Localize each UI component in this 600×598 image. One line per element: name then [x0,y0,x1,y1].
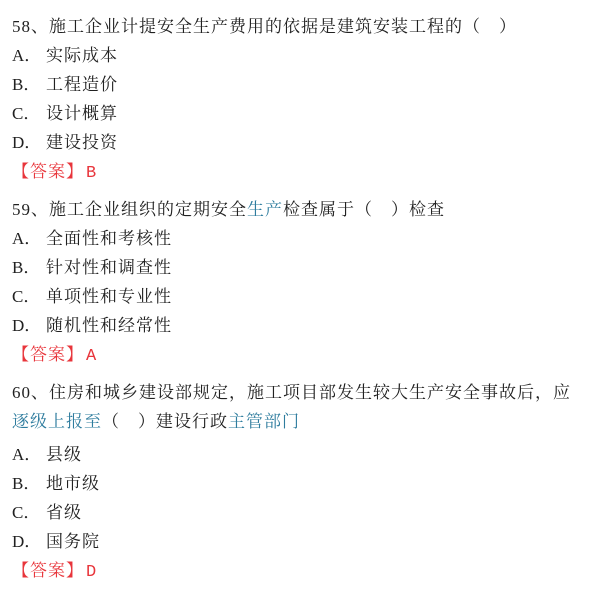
question-number: 59、 [12,200,49,219]
question-58-option-b: B．工程造价 [12,70,586,99]
answer-value: D [84,563,97,582]
question-58-option-d: D．建设投资 [12,128,586,157]
option-text: 针对性和调查性 [46,258,172,277]
stem-highlight-text: 逐级上报至 [12,412,102,431]
question-number: 58、 [12,17,49,36]
option-label: B． [12,70,46,99]
question-block-58: 58、施工企业计提安全生产费用的依据是建筑安装工程的（ ） A．实际成本 B．工… [12,12,586,188]
option-label: A． [12,41,46,70]
question-59-answer-line: 【答案】A [12,340,586,371]
answer-value: A [84,347,97,366]
option-label: C． [12,498,46,527]
question-60-stem: 60、住房和城乡建设部规定，施工项目部发生较大生产安全事故后，应逐级上报至（ ）… [12,378,586,436]
option-text: 随机性和经常性 [46,316,172,335]
stem-text: （ ）建设行政 [102,412,228,431]
option-text: 全面性和考核性 [46,229,172,248]
question-59-option-d: D．随机性和经常性 [12,311,586,340]
stem-text: 施工企业计提安全生产费用的依据是建筑安装工程的（ ） [49,17,517,36]
stem-text: 施工企业组织的定期安全 [49,200,247,219]
question-58-stem: 58、施工企业计提安全生产费用的依据是建筑安装工程的（ ） [12,12,586,41]
question-58-answer-line: 【答案】B [12,157,586,188]
option-text: 建设投资 [46,133,118,152]
exam-document: 58、施工企业计提安全生产费用的依据是建筑安装工程的（ ） A．实际成本 B．工… [0,0,600,598]
option-label: C． [12,282,46,311]
answer-value: B [84,164,97,183]
option-label: A． [12,224,46,253]
option-text: 省级 [46,503,82,522]
question-60-option-c: C．省级 [12,498,586,527]
option-label: D． [12,311,46,340]
answer-prefix: 【答案】 [12,561,84,580]
question-58-option-a: A．实际成本 [12,41,586,70]
question-59-option-b: B．针对性和调查性 [12,253,586,282]
question-block-60: 60、住房和城乡建设部规定，施工项目部发生较大生产安全事故后，应逐级上报至（ ）… [12,378,586,587]
question-59-option-c: C．单项性和专业性 [12,282,586,311]
option-label: B． [12,469,46,498]
question-59-stem: 59、施工企业组织的定期安全生产检查属于（ ）检查 [12,195,586,224]
option-text: 国务院 [46,532,100,551]
question-number: 60、 [12,383,49,402]
answer-prefix: 【答案】 [12,162,84,181]
option-text: 工程造价 [46,75,118,94]
option-text: 单项性和专业性 [46,287,172,306]
question-58-option-c: C．设计概算 [12,99,586,128]
option-text: 实际成本 [46,46,118,65]
question-60-option-b: B．地市级 [12,469,586,498]
option-text: 设计概算 [46,104,118,123]
question-59-option-a: A．全面性和考核性 [12,224,586,253]
option-text: 地市级 [46,474,100,493]
question-60-answer-line: 【答案】D [12,556,586,587]
option-label: D． [12,527,46,556]
stem-text: 检查属于（ ）检查 [283,200,445,219]
answer-prefix: 【答案】 [12,345,84,364]
question-block-59: 59、施工企业组织的定期安全生产检查属于（ ）检查 A．全面性和考核性 B．针对… [12,195,586,371]
stem-highlight-text: 生产 [247,200,283,219]
option-label: B． [12,253,46,282]
question-60-option-d: D．国务院 [12,527,586,556]
question-60-option-a: A．县级 [12,440,586,469]
option-label: C． [12,99,46,128]
option-label: A． [12,440,46,469]
stem-highlight-text: 主管部门 [228,412,300,431]
option-text: 县级 [46,445,82,464]
stem-text: 住房和城乡建设部规定，施工项目部发生较大生产安全事故后，应 [49,383,571,402]
option-label: D． [12,128,46,157]
